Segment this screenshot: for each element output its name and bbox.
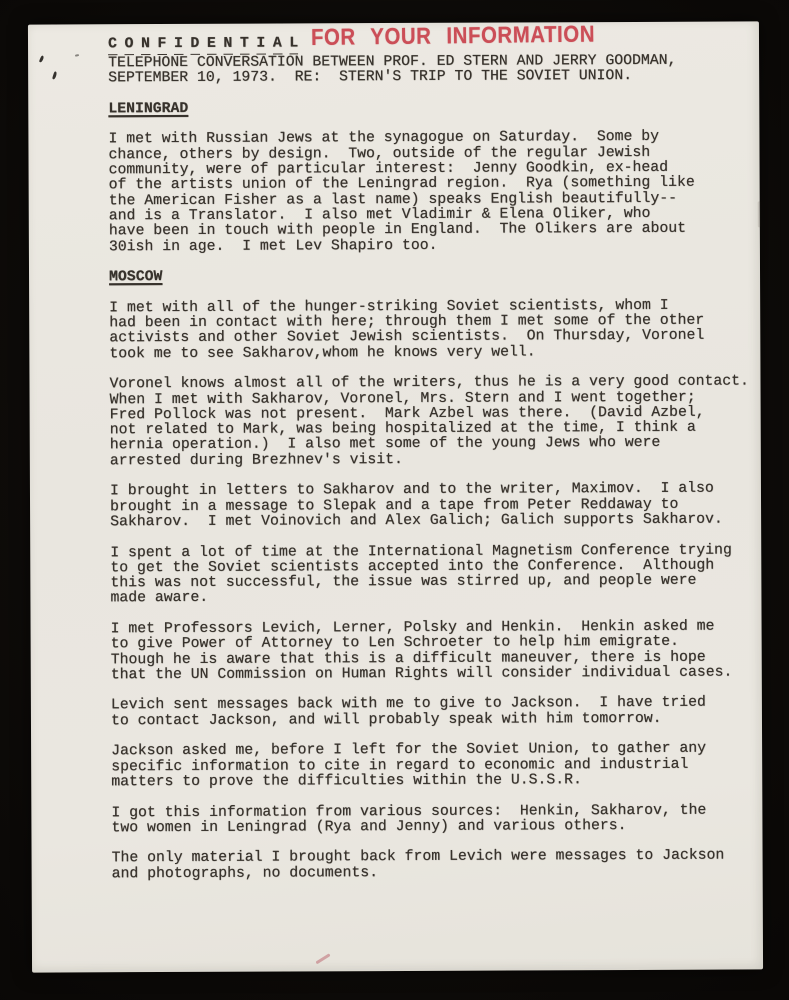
document-content: CONFIDENTIAL FOR YOUR INFORMATION TELEPH… xyxy=(108,34,762,897)
paragraph-moscow-3: I brought in letters to Sakharov and to … xyxy=(110,482,760,531)
pen-mark xyxy=(75,54,79,57)
paragraph-moscow-4: I spent a lot of time at the Internation… xyxy=(110,543,760,607)
paragraph-leningrad-1: I met with Russian Jews at the synagogue… xyxy=(108,130,759,255)
paragraph-moscow-9: The only material I brought back from Le… xyxy=(112,849,762,882)
section-moscow: MOSCOW I met with all of the hunger-stri… xyxy=(109,268,762,883)
document-page: CONFIDENTIAL FOR YOUR INFORMATION TELEPH… xyxy=(28,21,763,972)
classification-label: CONFIDENTIAL xyxy=(108,36,306,55)
document-header: CONFIDENTIAL FOR YOUR INFORMATION xyxy=(108,34,758,54)
paragraph-moscow-7: Jackson asked me, before I left for the … xyxy=(111,742,761,791)
section-heading-moscow: MOSCOW xyxy=(109,270,162,286)
document-title: TELEPHONE CONVERSATION BETWEEN PROF. ED … xyxy=(108,53,758,86)
paragraph-moscow-1: I met with all of the hunger-striking So… xyxy=(109,298,759,362)
pen-mark xyxy=(52,71,57,80)
scan-background: CONFIDENTIAL FOR YOUR INFORMATION TELEPH… xyxy=(0,0,789,1000)
paragraph-moscow-2: Voronel knows almost all of the writers,… xyxy=(109,375,759,470)
pen-mark xyxy=(39,55,45,63)
paragraph-moscow-5: I met Professors Levich, Lerner, Polsky … xyxy=(111,619,761,683)
for-your-information-stamp: FOR YOUR INFORMATION xyxy=(311,26,595,46)
ink-smudge xyxy=(315,953,330,964)
paragraph-moscow-6: Levich sent messages back with me to giv… xyxy=(111,696,761,729)
paragraph-moscow-8: I got this information from various sour… xyxy=(111,803,761,836)
section-heading-leningrad: LENINGRAD xyxy=(108,102,188,118)
section-leningrad: LENINGRAD I met with Russian Jews at the… xyxy=(108,99,759,255)
